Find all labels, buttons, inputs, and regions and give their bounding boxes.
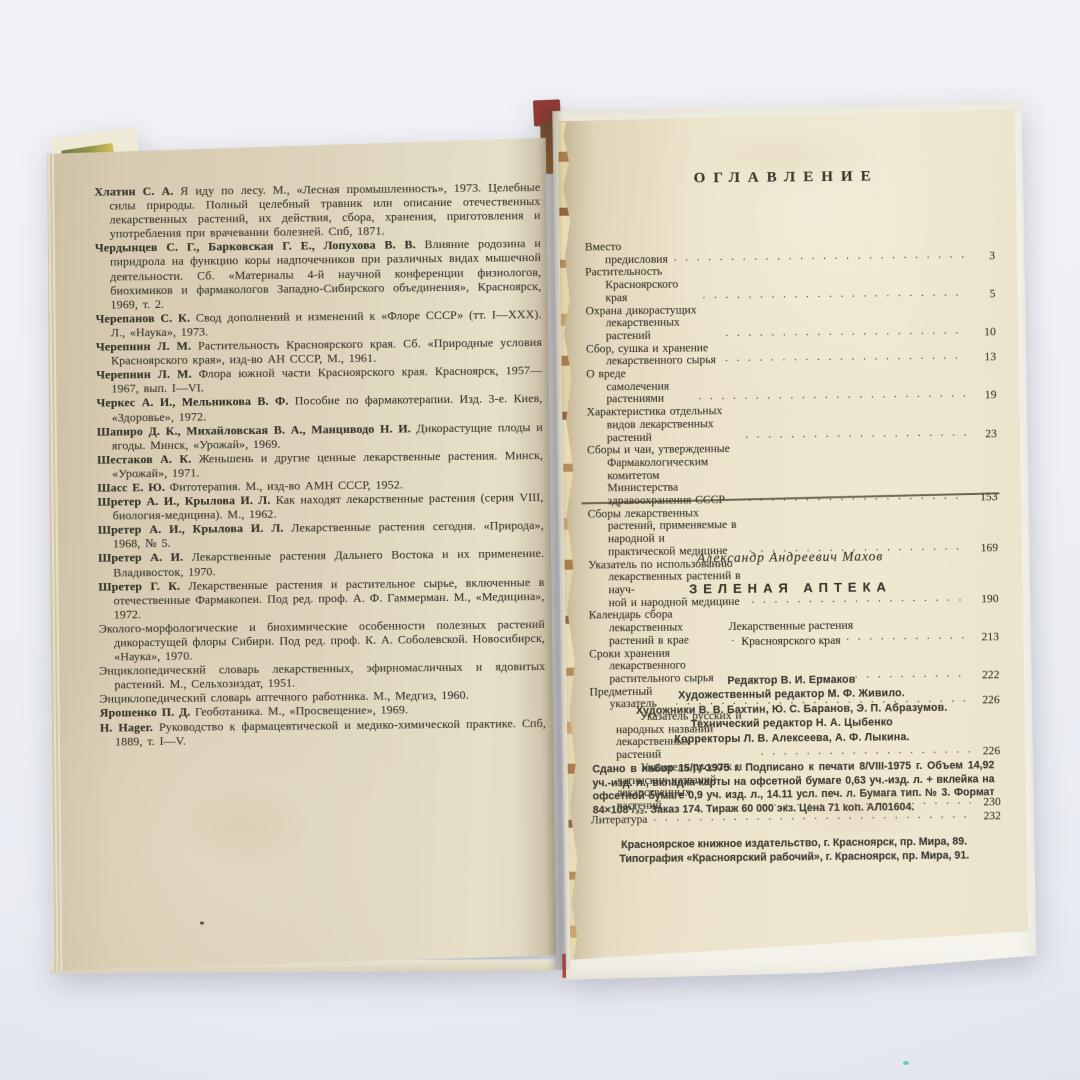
toc-entry-title: Растительность Красноярского края [585, 266, 697, 305]
print-info: Сдано в набор 15/IV-1975 г. Подписано к … [592, 759, 995, 818]
bibliography-authors: Шретер А. И., Крылова И. Л. [98, 521, 284, 537]
toc-page-number: 190 [973, 593, 999, 606]
toc-page-number: 23 [971, 428, 997, 441]
dot-leader [745, 427, 967, 442]
credits-section: Редактор В. И. ЕрмаковХудожественный ред… [585, 671, 998, 747]
book-photo-background: Хлатин С. А. Я иду по лесу. М., «Лесная … [0, 0, 1080, 1080]
bibliography-section: Хлатин С. А. Я иду по лесу. М., «Лесная … [94, 180, 546, 748]
dot-leader [726, 325, 966, 340]
toc-entry: Охрана дикорастущих лекарственных растен… [585, 301, 995, 343]
toc-entry-title: Сбор, сушка и хранение лекарственного сы… [586, 342, 719, 369]
bibliography-entry: Эколого-морфологические и биохимические … [99, 617, 545, 664]
bibliography-authors: Хлатин С. А. [94, 184, 173, 199]
left-page: Хлатин С. А. Я иду по лесу. М., «Лесная … [44, 138, 557, 971]
toc-page-number: 226 [974, 745, 1000, 758]
bibliography-authors: Чердынцев С. Г., Барковская Г. Е., Лопух… [95, 238, 416, 255]
dot-leader [725, 351, 966, 366]
bibliography-authors: Шретер Г. К. [98, 578, 180, 593]
toc-entry-title: Характеристика отдельных видов лекарстве… [587, 405, 740, 445]
toc-page-number: 3 [969, 250, 995, 263]
bibliography-authors: Шестаков А. К. [97, 451, 191, 466]
bibliography-authors: Черепанов С. К. [96, 310, 191, 325]
toc-entry-title: О вреде самолечения растениями [586, 367, 692, 406]
bibliography-authors: Черкес А. И., Мельникова В. Ф. [96, 394, 288, 410]
dot-leader [761, 745, 970, 760]
bibliography-entry: Шретер Г. К. Лекарственные растения и ра… [98, 575, 544, 622]
toc-page-number: 13 [970, 352, 996, 365]
bibliography-authors: Ярошенко П. Д. [100, 705, 191, 720]
toc-entry: Растительность Красноярского края5 [585, 263, 995, 305]
toc-entry: О вреде самолечения растениями19 [586, 364, 996, 406]
bibliography-entry: Хлатин С. А. Я иду по лесу. М., «Лесная … [94, 180, 541, 241]
paper-speck [200, 922, 204, 925]
toc-page-number: 19 [970, 390, 996, 403]
bibliography-authors: Шретер А. И., Крылова И. Л. [97, 493, 270, 509]
bibliography-authors: Шапиро Д. К., Михайловская В. А., Манцив… [97, 421, 411, 438]
bibliography-authors: Н. Hager. [100, 720, 153, 735]
publisher-info: Красноярское книжное издательство, г. Кр… [579, 835, 1009, 867]
paper-stain [170, 780, 311, 871]
toc-page-number: 5 [969, 288, 995, 301]
bibliography-authors: Черепнин Л. М. [96, 339, 191, 354]
toc-heading: ОГЛАВЛЕНИЕ [580, 167, 992, 188]
book-subtitle: Лекарственные растения Красноярского кра… [585, 616, 997, 650]
toc-entry-title: Охрана дикорастущих лекарственных растен… [585, 304, 719, 344]
toc-page-number: 10 [970, 326, 996, 339]
bibliography-authors: Шасс Е. Ю. [97, 480, 165, 495]
torn-paper-flap [554, 814, 564, 841]
bibliography-entry: Н. Hager. Руководство к фармацевтической… [100, 716, 546, 749]
bibliography-authors: Черепнин Л. М. [96, 367, 192, 382]
toc-entry: Характеристика отдельных видов лекарстве… [587, 402, 997, 444]
bibliography-authors: Шретер А. И. [98, 550, 183, 565]
background-speck [903, 1061, 909, 1065]
toc-entry-title: Вместо предисловия [585, 241, 668, 267]
open-book: Хлатин С. А. Я иду по лесу. М., «Лесная … [35, 95, 1044, 995]
right-page: ОГЛАВЛЕНИЕ Вместо предисловия3Растительн… [549, 109, 1028, 960]
bibliography-entry: Чердынцев С. Г., Барковская Г. Е., Лопух… [95, 236, 542, 311]
